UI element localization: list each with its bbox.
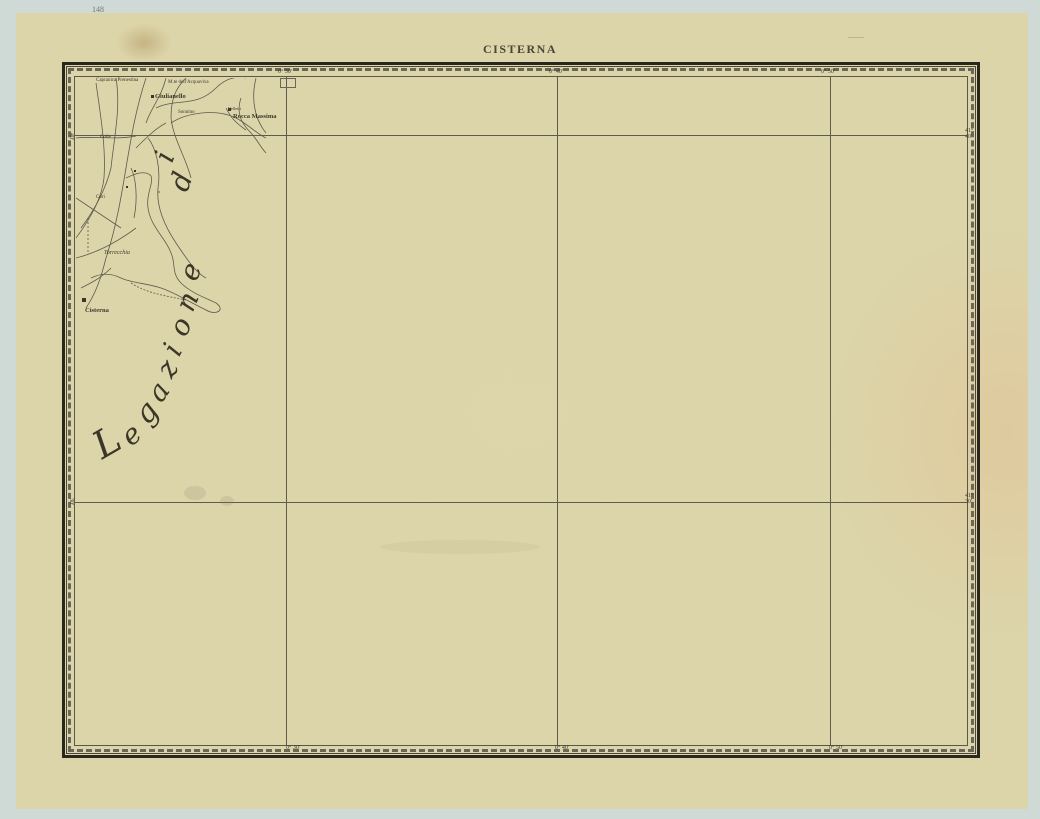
pencil-mark: —— — [848, 32, 864, 41]
meridian-0-40 — [557, 76, 558, 746]
longitude-label-bottom: 0° 50' — [829, 745, 843, 751]
parallel-41-30 — [74, 502, 968, 503]
place-label-cisterna: Cisterna — [85, 307, 109, 314]
paper-stain — [184, 486, 206, 500]
longitude-label-top: 0° 50' — [821, 69, 835, 75]
place-label-torrecchia: Torrecchia — [104, 250, 130, 256]
place-label-locality: Sonnino — [178, 110, 195, 115]
place-label-locality: Cori — [96, 195, 105, 200]
place-label-locality: Colle — [100, 135, 111, 140]
longitude-label-top: 0° 30' — [278, 69, 292, 75]
latitude-label-right: 41° 40' — [965, 128, 975, 140]
paper-stain — [380, 540, 540, 554]
meridian-0-50 — [830, 76, 831, 746]
meridian-0-30 — [286, 76, 287, 746]
latitude-label-left: 30' — [68, 498, 74, 505]
place-label-locality: M.te dell'Acquaviva — [168, 80, 209, 85]
place-label-giulianello: Giulianello — [155, 93, 186, 100]
latitude-label-right: 41° 30' — [965, 493, 975, 505]
paper-stain — [220, 496, 234, 506]
latitude-label-left: 40' — [68, 133, 74, 140]
longitude-label-top: 0° 40' — [549, 69, 563, 75]
longitude-label-bottom: 0° 30' — [286, 745, 300, 751]
sheet-number: 148 — [92, 5, 104, 14]
place-label-rocca-massima: Rocca Massima — [233, 113, 277, 120]
place-label-locality: Velletri — [228, 106, 241, 111]
map-title: CISTERNA — [0, 42, 1040, 57]
longitude-label-bottom: 0° 40' — [555, 745, 569, 751]
place-label-locality: Capranica Prenestina — [96, 78, 138, 83]
